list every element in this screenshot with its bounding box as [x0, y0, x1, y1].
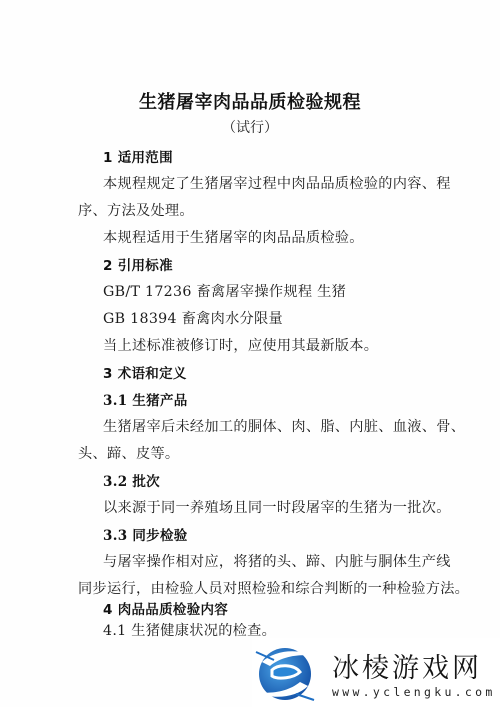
section-heading-1: 1 适用范围 — [103, 146, 173, 166]
paragraph-line: 当上述标准被修订时，应使用其最新版本。 — [103, 335, 378, 355]
paragraph-line: 以来源于同一养殖场且同一时段屠宰的生猪为一批次。 — [103, 497, 451, 517]
subsection-heading-3-2: 3.2 批次 — [103, 470, 160, 490]
section-heading-2: 2 引用标准 — [103, 254, 173, 274]
section-heading-4: 4 肉品品质检验内容 — [103, 598, 228, 618]
paragraph-line: 生猪屠宰后未经加工的胴体、肉、脂、内脏、血液、骨、 — [103, 416, 465, 436]
watermark-url: www.yclengku.com — [332, 685, 496, 699]
document-page: 生猪屠宰肉品品质检验规程 （试行） 1 适用范围 本规程规定了生猪屠宰过程中肉品… — [0, 0, 500, 707]
paragraph-line: 本规程规定了生猪屠宰过程中肉品品质检验的内容、程 — [103, 173, 451, 193]
section-heading-3: 3 术语和定义 — [103, 362, 187, 382]
paragraph-line: 同步运行，由检验人员对照检验和综合判断的一种检验方法。 — [78, 578, 469, 598]
reference-line: GB/T 17236 畜禽屠宰操作规程 生猪 — [103, 281, 346, 301]
swirl-logo-icon — [254, 642, 316, 704]
subsection-heading-3-3: 3.3 同步检验 — [103, 524, 188, 544]
subsection-heading-3-1: 3.1 生猪产品 — [103, 389, 188, 409]
document-title: 生猪屠宰肉品品质检验规程 — [0, 88, 500, 114]
watermark: 冰棱游戏网 www.yclengku.com — [252, 638, 500, 707]
reference-line: GB 18394 畜禽肉水分限量 — [103, 308, 283, 328]
paragraph-line: 序、方法及处理。 — [78, 200, 194, 220]
watermark-site-name: 冰棱游戏网 — [332, 646, 482, 685]
paragraph-line: 4.1 生猪健康状况的检查。 — [103, 620, 276, 640]
paragraph-line: 头、蹄、皮等。 — [78, 443, 179, 463]
paragraph-line: 与屠宰操作相对应，将猪的头、蹄、内脏与胴体生产线 — [103, 551, 451, 571]
paragraph-line: 本规程适用于生猪屠宰的肉品品质检验。 — [103, 227, 364, 247]
document-subtitle: （试行） — [0, 117, 500, 137]
